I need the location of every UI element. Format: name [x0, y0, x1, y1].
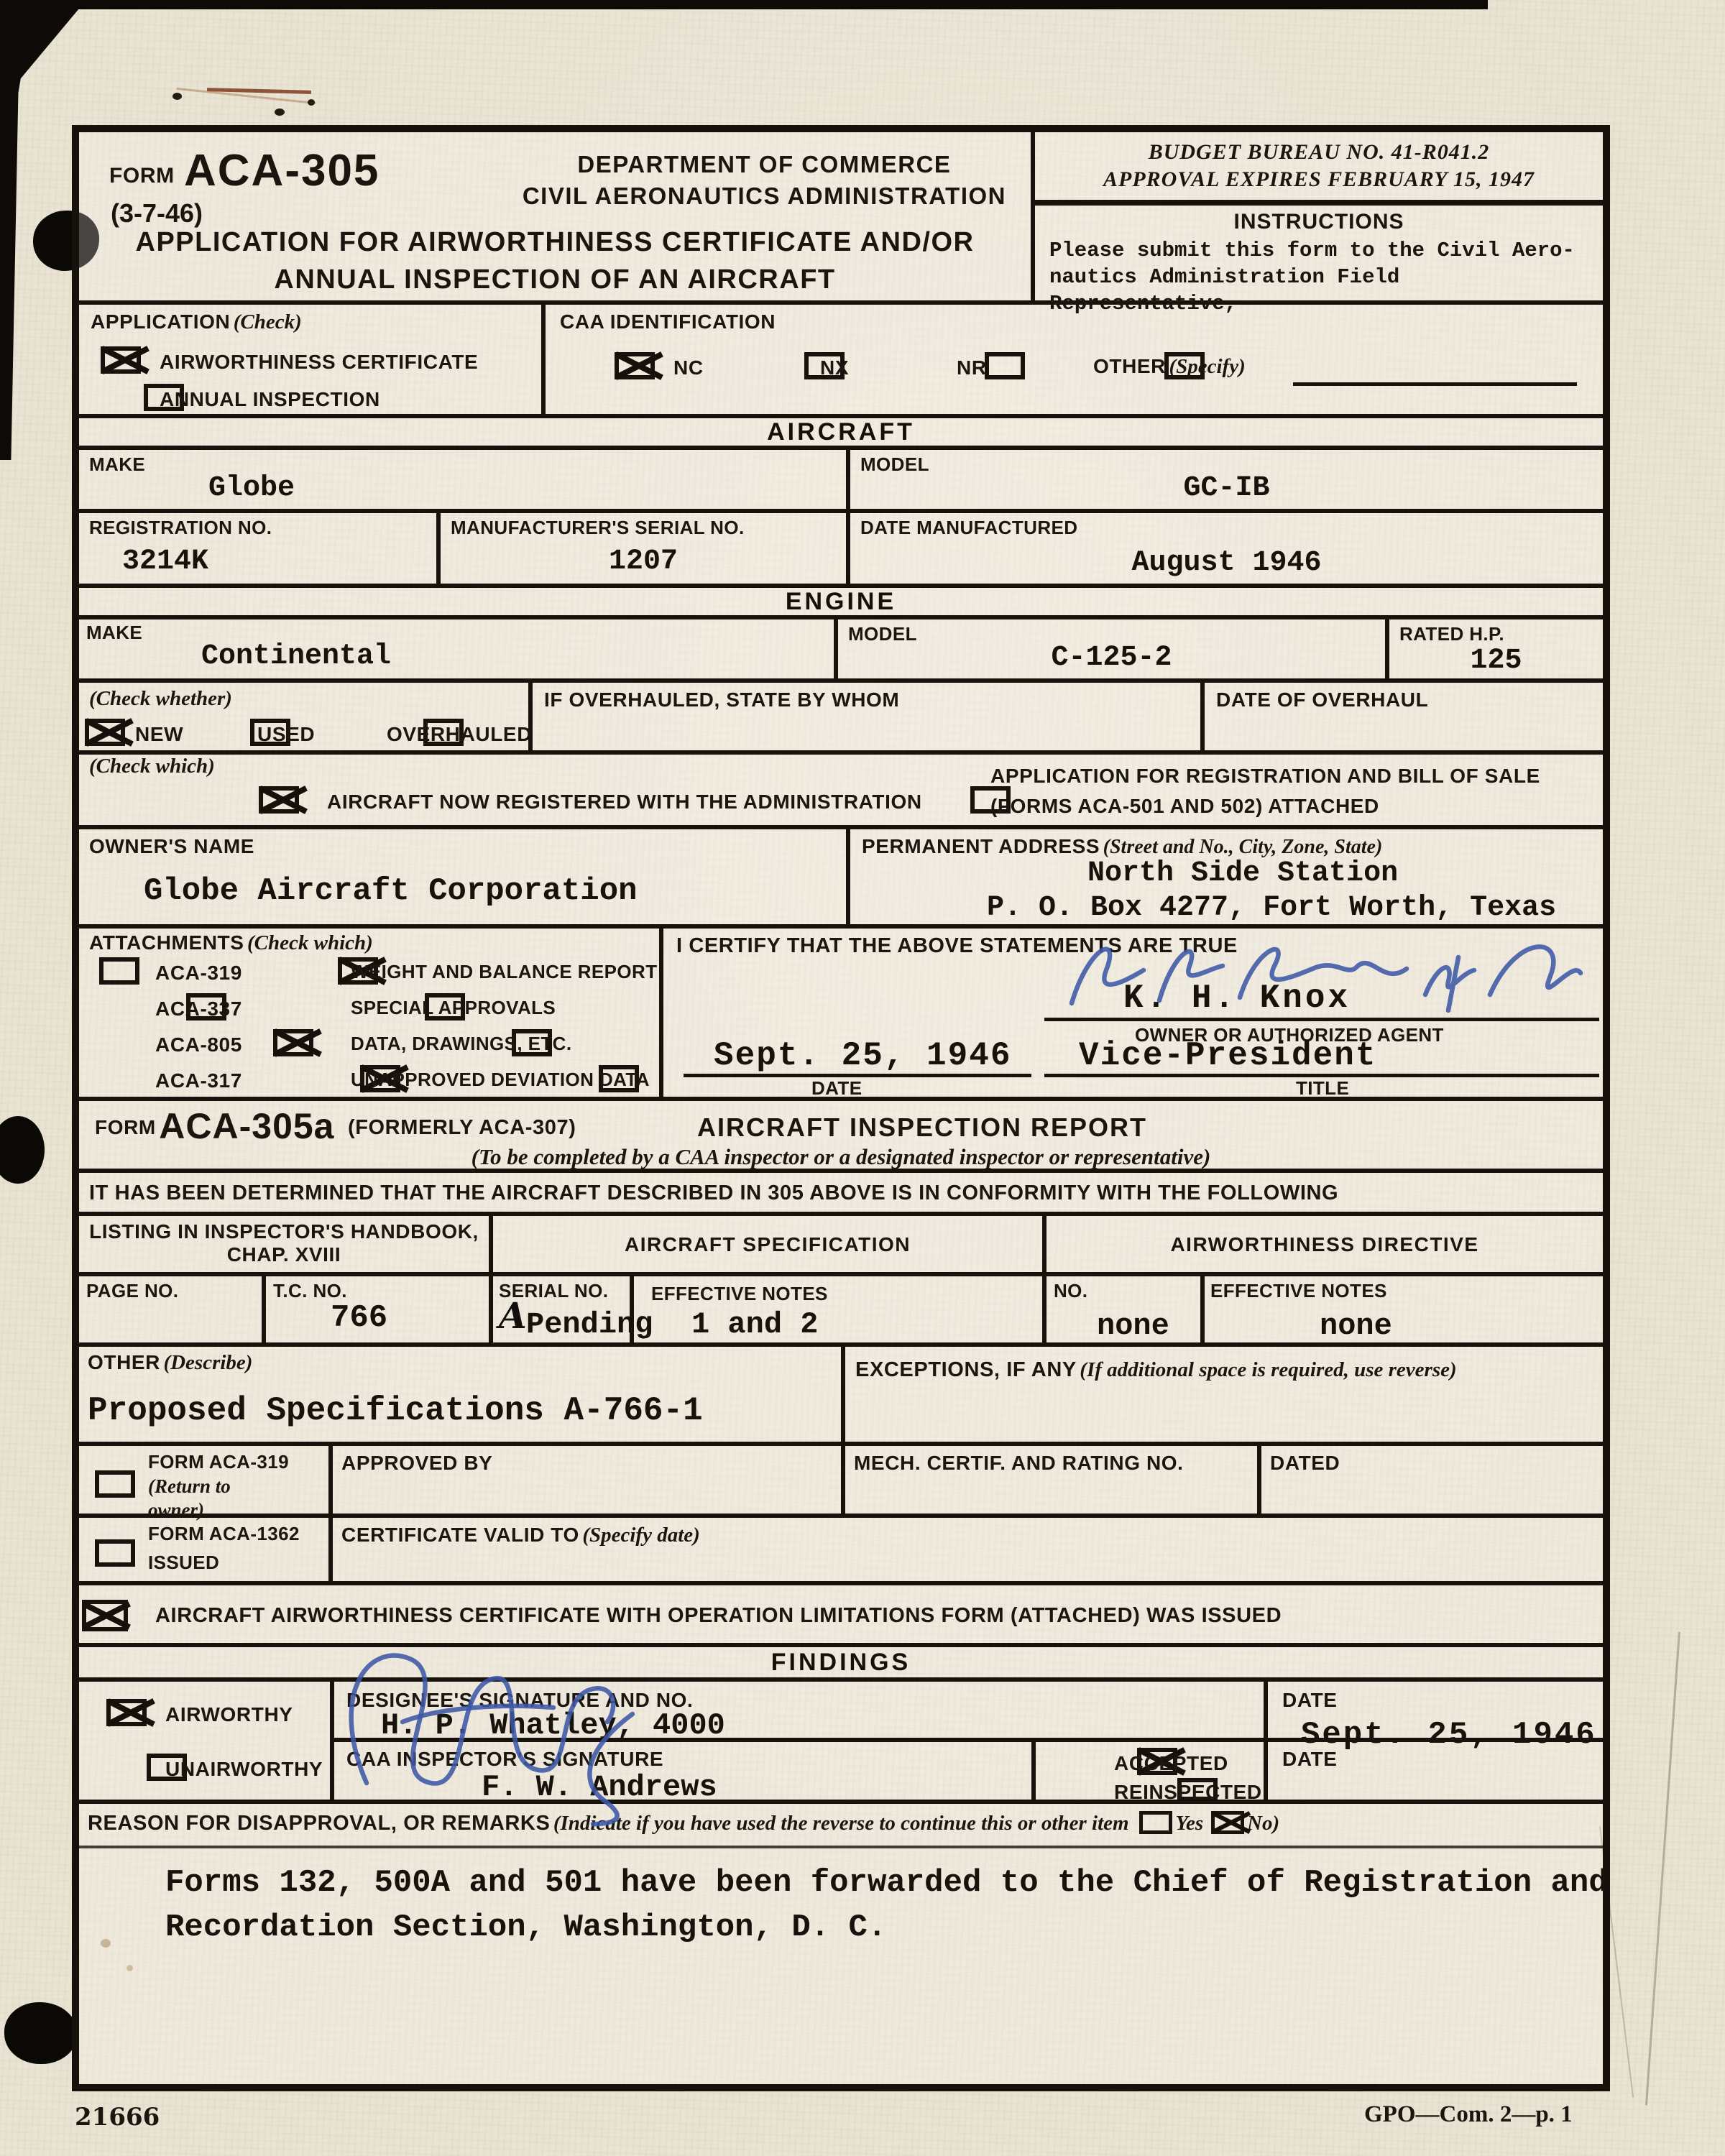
unairworthy-label: UNAIRWORTHY — [165, 1758, 323, 1781]
certify-title-label: TITLE — [1296, 1078, 1349, 1100]
attachments-certify-row: ATTACHMENTS (Check which) ACA-319 WEIGHT… — [79, 929, 1603, 1101]
page-no-cell: PAGE NO. — [79, 1276, 266, 1342]
other-specify-line — [1293, 382, 1577, 386]
dated-cell: DATED — [1261, 1446, 1603, 1514]
directive-notes-value: none — [1320, 1309, 1392, 1342]
nc-label: NC — [673, 356, 704, 379]
determination-statement: IT HAS BEEN DETERMINED THAT THE AIRCRAFT… — [89, 1181, 1338, 1205]
airworthy-checkbox[interactable] — [106, 1699, 147, 1726]
instructions-box: INSTRUCTIONS Please submit this form to … — [1035, 206, 1603, 317]
aircraft-make-label: MAKE — [89, 454, 145, 476]
special-approvals-label: SPECIAL APPROVALS — [351, 998, 556, 1019]
form-aca-1362-checkbox[interactable] — [95, 1539, 135, 1567]
other-exceptions-row: OTHER (Describe) Proposed Specifications… — [79, 1347, 1603, 1446]
permanent-address-cell: PERMANENT ADDRESS (Street and No., City,… — [850, 829, 1603, 924]
form-aca-1362-issued-label: ISSUED — [148, 1552, 219, 1574]
engine-condition-row: (Check whether) NEW USED OVERHAULED IF O… — [79, 683, 1603, 755]
page-no-label: PAGE NO. — [86, 1281, 178, 1302]
aca-319-row: FORM ACA-319 (Return to owner) APPROVED … — [79, 1446, 1603, 1518]
form-number: ACA-305 — [184, 145, 379, 196]
engine-model-value: C-125-2 — [838, 642, 1385, 674]
aircraft-make-model-row: MAKE Globe MODEL GC-IB — [79, 450, 1603, 513]
form-aca-319-checkbox[interactable] — [95, 1470, 135, 1498]
findings-row: AIRWORTHY UNAIRWORTHY DESIGNEE'S SIGNATU… — [79, 1682, 1603, 1804]
tc-no-cell: T.C. NO. 766 — [266, 1276, 493, 1342]
airworthy-label: AIRWORTHY — [165, 1703, 293, 1726]
engine-section-header: ENGINE — [79, 588, 1603, 619]
date-of-overhaul-label: DATE OF OVERHAUL — [1216, 688, 1428, 711]
aca-1362-form-cell: FORM ACA-1362 ISSUED — [79, 1518, 333, 1581]
engine-make-model-row: MAKE Continental MODEL C-125-2 RATED H.P… — [79, 619, 1603, 683]
other-describe-cell: OTHER (Describe) Proposed Specifications… — [79, 1347, 845, 1442]
rated-hp-value: 125 — [1389, 645, 1603, 677]
owner-row: OWNER'S NAME Globe Aircraft Corporation … — [79, 829, 1603, 929]
form-revision-date: (3-7-46) — [111, 198, 203, 229]
budget-bureau-number: BUDGET BUREAU NO. 41-R041.2 — [1149, 140, 1490, 165]
punch-hole-middle — [0, 1116, 45, 1184]
aca-305a-form-prefix: FORM — [95, 1116, 156, 1138]
reason-label: REASON FOR DISAPPROVAL, OR REMARKS — [88, 1812, 550, 1835]
aca-319-checkbox[interactable] — [99, 957, 139, 985]
certificate-issued-label: AIRCRAFT AIRWORTHINESS CERTIFICATE WITH … — [155, 1604, 1282, 1628]
scan-edge-top — [0, 0, 1488, 9]
nc-checkbox[interactable] — [615, 352, 655, 379]
determination-cell: IT HAS BEEN DETERMINED THAT THE AIRCRAFT… — [79, 1173, 1603, 1212]
address-line1: North Side Station — [1087, 858, 1398, 890]
application-row: APPLICATION (Check) AIRWORTHINESS CERTIF… — [79, 305, 1603, 418]
certificate-valid-to-label: CERTIFICATE VALID TO — [341, 1524, 579, 1546]
tc-no-value: 766 — [331, 1301, 387, 1335]
engine-make-value: Continental — [201, 641, 391, 673]
date-of-overhaul-cell: DATE OF OVERHAUL — [1205, 683, 1603, 750]
bill-of-sale-label-line2: (FORMS ACA-501 AND 502) ATTACHED — [990, 795, 1379, 818]
registration-status-cell: (Check which) AIRCRAFT NOW REGISTERED WI… — [79, 755, 1603, 825]
aircraft-make-value: Globe — [208, 473, 295, 505]
attachments-label: ATTACHMENTS — [89, 931, 244, 954]
inspection-report-header-cell: FORM ACA-305a (FORMERLY ACA-307) AIRCRAF… — [79, 1101, 1603, 1169]
handbook-header-cell: LISTING IN INSPECTOR'S HANDBOOK, CHAP. X… — [79, 1216, 493, 1272]
approved-by-label: APPROVED BY — [341, 1452, 492, 1475]
aircraft-section-header: AIRCRAFT — [79, 418, 1603, 450]
aca-337-label: ACA-337 — [155, 998, 242, 1021]
reason-yes-label: Yes — [1175, 1812, 1203, 1835]
page-title: APPLICATION FOR AIRWORTHINESS CERTIFICAT… — [79, 227, 1031, 258]
unapproved-deviation-label: UNAPPROVED DEVIATION DATA — [351, 1069, 650, 1091]
engine-overhauled-label: OVERHAULED — [387, 723, 532, 746]
engine-new-label: NEW — [135, 723, 183, 746]
signature-fw-andrews-flourish — [553, 1710, 668, 1825]
mech-certif-label: MECH. CERTIF. AND RATING NO. — [854, 1452, 1184, 1475]
reason-yes-checkbox[interactable] — [1139, 1811, 1172, 1834]
aca-305a-formerly: (FORMERLY ACA-307) — [348, 1116, 576, 1139]
spec-serial-handwritten: A — [499, 1298, 527, 1334]
remarks-line2: Recordation Section, Washington, D. C. — [165, 1910, 886, 1945]
aircraft-specification-header-cell: AIRCRAFT SPECIFICATION — [493, 1216, 1046, 1272]
header-right-cell: BUDGET BUREAU NO. 41-R041.2 APPROVAL EXP… — [1035, 132, 1603, 300]
agency-line1: DEPARTMENT OF COMMERCE — [523, 151, 1006, 178]
aca-319-label: ACA-319 — [155, 962, 242, 985]
nx-label: NX — [820, 356, 849, 379]
accepted-box-left-edge — [1031, 1738, 1036, 1800]
engine-used-label: USED — [257, 723, 315, 746]
page-title-line2: ANNUAL INSPECTION OF AN AIRCRAFT — [79, 264, 1031, 295]
overhauled-by-label: IF OVERHAULED, STATE BY WHOM — [544, 688, 899, 711]
reinspected-label: REINSPECTED — [1114, 1781, 1262, 1804]
agency-line2: CIVIL AERONAUTICS ADMINISTRATION — [523, 183, 1006, 210]
owner-name-cell: OWNER'S NAME Globe Aircraft Corporation — [79, 829, 850, 924]
aca-305a-form-code: ACA-305a — [159, 1106, 334, 1146]
registration-no-label: REGISTRATION NO. — [89, 517, 272, 539]
application-cell: APPLICATION (Check) AIRWORTHINESS CERTIF… — [79, 305, 546, 414]
reason-no-checkbox[interactable] — [1211, 1811, 1244, 1834]
certificate-issued-checkbox[interactable] — [82, 1600, 128, 1631]
rated-hp-cell: RATED H.P. 125 — [1389, 619, 1603, 678]
certificate-valid-to-note: (Specify date) — [582, 1524, 699, 1547]
effective-notes-label: EFFECTIVE NOTES — [651, 1284, 828, 1305]
aircraft-registration-row: REGISTRATION NO. 3214K MANUFACTURER'S SE… — [79, 513, 1603, 588]
certify-date-value: Sept. 25, 1946 — [714, 1038, 1011, 1074]
punch-hole-bottom — [4, 2002, 78, 2064]
certify-date-label: DATE — [811, 1078, 862, 1100]
registration-no-cell: REGISTRATION NO. 3214K — [79, 513, 441, 584]
exceptions-cell: EXCEPTIONS, IF ANY (If additional space … — [845, 1347, 1603, 1442]
inspection-report-title: AIRCRAFT INSPECTION REPORT — [697, 1112, 1147, 1143]
directive-notes-label: EFFECTIVE NOTES — [1210, 1281, 1387, 1302]
nr-label: NR — [957, 356, 987, 379]
annual-inspection-label: ANNUAL INSPECTION — [160, 388, 380, 411]
other-describe-note: (Describe) — [163, 1351, 252, 1374]
form-aca-319-label: FORM ACA-319 — [148, 1452, 289, 1473]
spec-serial-value: Pending — [526, 1308, 653, 1341]
accepted-label: ACCEPTED — [1114, 1752, 1228, 1775]
weight-balance-label: WEIGHT AND BALANCE REPORT — [351, 962, 657, 983]
directive-notes-cell: EFFECTIVE NOTES none — [1205, 1276, 1603, 1342]
certification-cell: I CERTIFY THAT THE ABOVE STATEMENTS ARE … — [663, 929, 1603, 1097]
ink-dot-3 — [308, 99, 315, 106]
budget-bureau-box: BUDGET BUREAU NO. 41-R041.2 APPROVAL EXP… — [1035, 132, 1603, 206]
aircraft-model-cell: MODEL GC-IB — [850, 450, 1603, 509]
owner-name-value: Globe Aircraft Corporation — [144, 874, 638, 908]
serial-no-label: MANUFACTURER'S SERIAL NO. — [451, 517, 745, 539]
aca-305-form: FORM ACA-305 (3-7-46) DEPARTMENT OF COMM… — [72, 125, 1610, 2091]
date-manufactured-label: DATE MANUFACTURED — [860, 517, 1077, 539]
spec-values-row: PAGE NO. T.C. NO. 766 SERIAL NO. A Pendi… — [79, 1276, 1603, 1347]
aca-805-checkbox[interactable] — [273, 1029, 313, 1056]
aca-319-form-cell: FORM ACA-319 (Return to owner) — [79, 1446, 333, 1514]
check-whether-note: (Check whether) — [89, 687, 232, 711]
engine-model-cell: MODEL C-125-2 — [838, 619, 1389, 678]
signer-typed-name: K. H. Knox — [1123, 980, 1351, 1017]
certificate-issued-cell: AIRCRAFT AIRWORTHINESS CERTIFICATE WITH … — [79, 1585, 1603, 1643]
permanent-address-note: (Street and No., City, Zone, State) — [1103, 836, 1383, 858]
header-left-cell: FORM ACA-305 (3-7-46) DEPARTMENT OF COMM… — [79, 132, 1035, 300]
header-row: FORM ACA-305 (3-7-46) DEPARTMENT OF COMM… — [79, 132, 1603, 305]
exceptions-note: (If additional space is required, use re… — [1080, 1358, 1456, 1381]
approval-expires: APPROVAL EXPIRES FEBRUARY 15, 1947 — [1103, 167, 1535, 193]
remarks-line1: Forms 132, 500A and 501 have been forwar… — [165, 1866, 1608, 1900]
spec-serial-cell: SERIAL NO. A Pending — [493, 1276, 634, 1342]
nr-checkbox[interactable] — [985, 352, 1025, 379]
attachments-check-note: (Check which) — [247, 931, 373, 954]
application-label: APPLICATION — [91, 310, 230, 333]
spec-headers-row: LISTING IN INSPECTOR'S HANDBOOK, CHAP. X… — [79, 1216, 1603, 1276]
other-specify-note: (Specify) — [1169, 355, 1245, 378]
form-aca-1362-label: FORM ACA-1362 — [148, 1524, 300, 1545]
findings-section-header: FINDINGS — [79, 1647, 1603, 1682]
aircraft-make-cell: MAKE Globe — [79, 450, 850, 509]
owner-name-label: OWNER'S NAME — [89, 835, 254, 858]
instructions-text-line1: Please submit this form to the Civil Aer… — [1049, 237, 1588, 264]
airworthiness-certificate-label: AIRWORTHINESS CERTIFICATE — [160, 351, 478, 374]
registration-status-row: (Check which) AIRCRAFT NOW REGISTERED WI… — [79, 755, 1603, 829]
registered-checkbox[interactable] — [259, 786, 299, 814]
registration-no-value: 3214K — [122, 546, 208, 578]
bill-of-sale-label-line1: APPLICATION FOR REGISTRATION AND BILL OF… — [990, 765, 1540, 788]
certify-title-value: Vice-President — [1079, 1038, 1376, 1074]
certificate-valid-to-cell: CERTIFICATE VALID TO (Specify date) — [333, 1518, 1603, 1581]
data-drawings-label: DATA, DRAWINGS, ETC. — [351, 1033, 571, 1055]
overhauled-by-cell: IF OVERHAULED, STATE BY WHOM — [533, 683, 1205, 750]
form-aca-319-note: (Return to owner) — [148, 1475, 285, 1522]
other-label: OTHER — [1093, 355, 1166, 377]
rated-hp-label: RATED H.P. — [1399, 624, 1504, 645]
instructions-title: INSTRUCTIONS — [1049, 210, 1588, 234]
findings-date-label: DATE — [1282, 1689, 1338, 1712]
aca-317-label: ACA-317 — [155, 1069, 242, 1092]
engine-condition-cell: (Check whether) NEW USED OVERHAULED — [79, 683, 533, 750]
caa-identification-cell: CAA IDENTIFICATION NC NX NR OTHER (Speci… — [546, 305, 1603, 414]
serial-no-cell: MANUFACTURER'S SERIAL NO. 1207 — [441, 513, 850, 584]
form-number-prefix: FORM — [109, 164, 175, 189]
serial-no-value: 1207 — [441, 546, 846, 578]
exceptions-label: EXCEPTIONS, IF ANY — [855, 1358, 1077, 1381]
inspection-report-subtitle: (To be completed by a CAA inspector or a… — [79, 1144, 1603, 1170]
inspection-report-header-row: FORM ACA-305a (FORMERLY ACA-307) AIRCRAF… — [79, 1101, 1603, 1173]
aircraft-specification-header: AIRCRAFT SPECIFICATION — [493, 1233, 1042, 1256]
gpo-imprint: GPO—Com. 2—p. 1 — [1364, 2101, 1573, 2128]
other-describe-value: Proposed Specifications A-766-1 — [88, 1393, 703, 1429]
handbook-header-line1: LISTING IN INSPECTOR'S HANDBOOK, — [79, 1220, 489, 1243]
aca-805-label: ACA-805 — [155, 1033, 242, 1056]
airworthiness-directive-header-cell: AIRWORTHINESS DIRECTIVE — [1046, 1216, 1603, 1272]
signer-line — [1044, 1018, 1599, 1021]
engine-make-label: MAKE — [86, 622, 142, 644]
ink-dot-2 — [275, 109, 285, 116]
reason-underline — [79, 1846, 1603, 1848]
airworthiness-certificate-checkbox[interactable] — [101, 346, 141, 374]
tc-no-label: T.C. NO. — [273, 1281, 347, 1302]
mech-certif-cell: MECH. CERTIF. AND RATING NO. — [845, 1446, 1261, 1514]
engine-make-cell: MAKE Continental — [79, 619, 838, 678]
dated-label: DATED — [1270, 1452, 1340, 1475]
directive-no-value: none — [1097, 1309, 1169, 1342]
address-line2: P. O. Box 4277, Fort Worth, Texas — [987, 893, 1556, 924]
registered-label: AIRCRAFT NOW REGISTERED WITH THE ADMINIS… — [327, 791, 922, 814]
certificate-issued-row: AIRCRAFT AIRWORTHINESS CERTIFICATE WITH … — [79, 1585, 1603, 1647]
findings-date-value: Sept. 25, 1946 — [1301, 1718, 1597, 1752]
attachments-cell: ATTACHMENTS (Check which) ACA-319 WEIGHT… — [79, 929, 663, 1097]
effective-notes-value: 1 and 2 — [691, 1308, 818, 1341]
approved-by-cell: APPROVED BY — [333, 1446, 845, 1514]
aircraft-model-value: GC-IB — [850, 473, 1603, 505]
airworthiness-directive-header: AIRWORTHINESS DIRECTIVE — [1046, 1233, 1603, 1256]
agency-block: DEPARTMENT OF COMMERCE CIVIL AERONAUTICS… — [523, 151, 1006, 210]
reason-no-label: No) — [1247, 1812, 1279, 1835]
engine-new-checkbox[interactable] — [85, 719, 125, 746]
crease-right — [1645, 1632, 1680, 2106]
determination-row: IT HAS BEEN DETERMINED THAT THE AIRCRAFT… — [79, 1173, 1603, 1216]
check-which-note: (Check which) — [89, 755, 215, 778]
effective-notes-cell: EFFECTIVE NOTES 1 and 2 — [634, 1276, 1046, 1342]
handbook-header-line2: CHAP. XVIII — [79, 1243, 489, 1266]
aca-1362-row: FORM ACA-1362 ISSUED CERTIFICATE VALID T… — [79, 1518, 1603, 1585]
directive-no-label: NO. — [1054, 1281, 1087, 1302]
ink-dot-1 — [172, 93, 182, 100]
date-manufactured-cell: DATE MANUFACTURED August 1946 — [850, 513, 1603, 584]
directive-no-cell: NO. none — [1046, 1276, 1205, 1342]
application-check-note: (Check) — [234, 310, 302, 333]
permanent-address-label: PERMANENT ADDRESS — [862, 835, 1100, 857]
print-code: 21666 — [75, 2103, 160, 2132]
caa-identification-label: CAA IDENTIFICATION — [560, 310, 776, 333]
other-describe-label: OTHER — [88, 1351, 160, 1373]
date-manufactured-value: August 1946 — [850, 548, 1603, 579]
